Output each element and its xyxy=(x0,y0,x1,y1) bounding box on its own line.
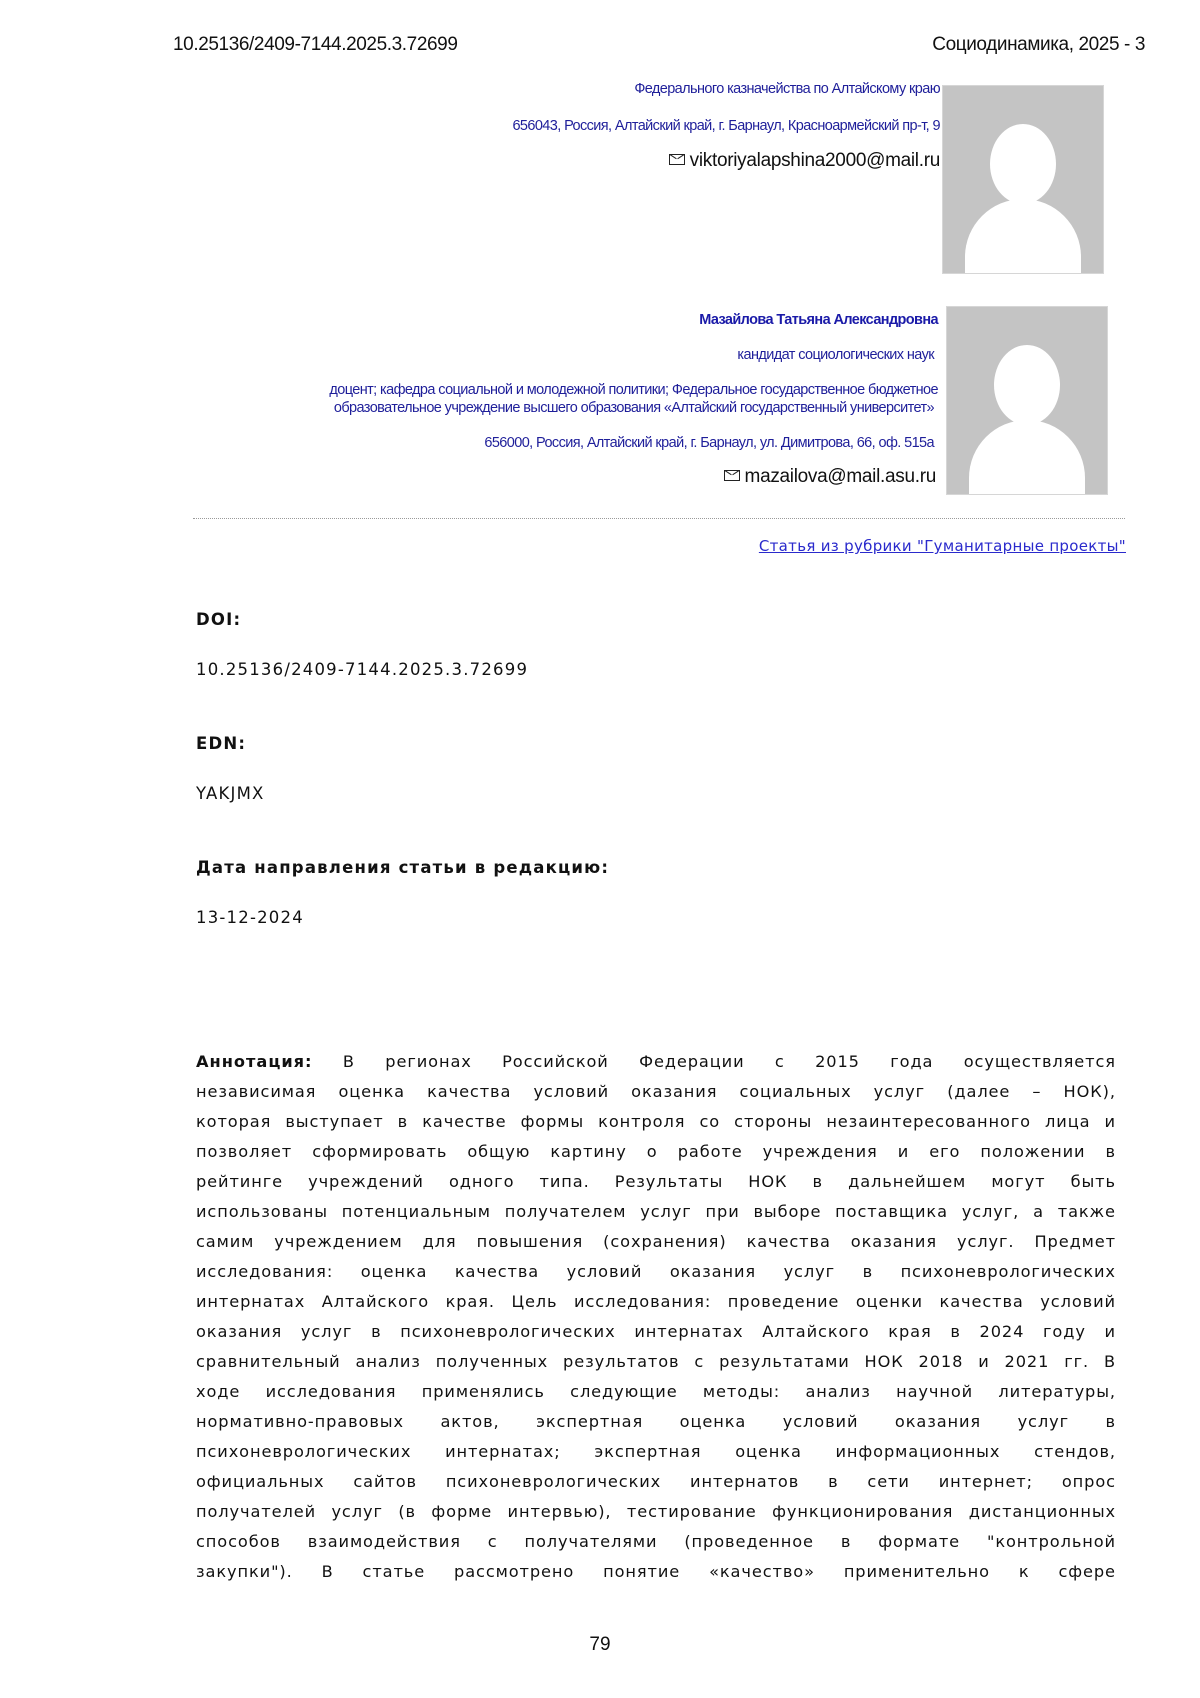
person-placeholder-icon xyxy=(990,124,1056,204)
header-journal-issue: Социодинамика, 2025 - 3 xyxy=(932,34,1145,56)
author-2-email[interactable]: mazailova@mail.asu.ru xyxy=(745,466,936,487)
author-1-affiliation: Федерального казначейства по Алтайскому … xyxy=(512,80,940,98)
author-2-name: Мазайлова Татьяна Александровна xyxy=(329,311,938,329)
author-1-avatar xyxy=(943,86,1103,273)
author-1-address: 656043, Россия, Алтайский край, г. Барна… xyxy=(512,117,940,135)
mail-icon xyxy=(669,154,685,165)
abstract-line: интернатахАлтайскогокрая.Цельисследовани… xyxy=(196,1287,1116,1317)
abstract-line: ходеисследованияприменялисьследующиемето… xyxy=(196,1377,1116,1407)
abstract-label: Аннотация: xyxy=(196,1047,313,1077)
header-doi: 10.25136/2409-7144.2025.3.72699 xyxy=(173,34,458,56)
author-2-degree: кандидат социологических наук xyxy=(329,346,938,364)
submitted-date-value: 13-12-2024 xyxy=(196,908,304,927)
doi-label: DOI: xyxy=(196,610,241,629)
page-number: 79 xyxy=(0,1634,1200,1656)
abstract-line: нормативно-правовыхактов,экспертнаяоценк… xyxy=(196,1407,1116,1437)
abstract-line: закупки").Встатьерассмотренопонятие«каче… xyxy=(196,1557,1116,1587)
edn-label: EDN: xyxy=(196,734,246,753)
abstract-line: рейтингеучрежденийодноготипа.РезультатыН… xyxy=(196,1167,1116,1197)
abstract-line: сравнительныйанализполученныхрезультатов… xyxy=(196,1347,1116,1377)
abstract-line: психоневрологическихинтернатах;экспертна… xyxy=(196,1437,1116,1467)
author-2-block: Мазайлова Татьяна Александровна кандидат… xyxy=(329,311,938,488)
doi-value[interactable]: 10.25136/2409-7144.2025.3.72699 xyxy=(196,660,528,679)
abstract-line: использованыпотенциальнымполучателемуслу… xyxy=(196,1197,1116,1227)
person-placeholder-body xyxy=(969,420,1085,494)
abstract-line: оказанияуслугвпсихоневрологическихинтерн… xyxy=(196,1317,1116,1347)
rubric-link[interactable]: Статья из рубрики "Гуманитарные проекты" xyxy=(759,537,1126,555)
person-placeholder-body xyxy=(965,199,1081,273)
section-divider xyxy=(193,518,1125,519)
author-1-email-row: viktoriyalapshina2000@mail.ru xyxy=(512,150,940,172)
abstract-line: официальныхсайтовпсихоневрологическихинт… xyxy=(196,1467,1116,1497)
edn-value: YAKJMX xyxy=(196,784,265,803)
abstract-line: исследования:оценкакачестваусловийоказан… xyxy=(196,1257,1116,1287)
abstract: Аннотация:ВрегионахРоссийскойФедерациис2… xyxy=(196,1047,1116,1587)
author-2-email-row: mazailova@mail.asu.ru xyxy=(329,466,938,488)
mail-icon xyxy=(724,470,740,481)
abstract-line: способоввзаимодействиясполучателями(пров… xyxy=(196,1527,1116,1557)
running-header: 10.25136/2409-7144.2025.3.72699 Социодин… xyxy=(173,34,1145,62)
abstract-line: позволяетсформироватьобщуюкартинуоработе… xyxy=(196,1137,1116,1167)
author-2-position-line2: образовательное учреждение высшего образ… xyxy=(329,399,938,417)
abstract-line: независимаяоценкакачестваусловийоказания… xyxy=(196,1077,1116,1107)
author-2-position-line1: доцент; кафедра социальной и молодежной … xyxy=(329,381,938,399)
person-placeholder-icon xyxy=(994,345,1060,425)
abstract-line: самимучреждениемдляповышения(сохранения)… xyxy=(196,1227,1116,1257)
author-2-avatar xyxy=(947,307,1107,494)
abstract-line: котораявыступаетвкачествеформыконтролясо… xyxy=(196,1107,1116,1137)
abstract-line: Аннотация:ВрегионахРоссийскойФедерациис2… xyxy=(196,1047,1116,1077)
author-1-email[interactable]: viktoriyalapshina2000@mail.ru xyxy=(690,150,940,171)
author-1-block: Федерального казначейства по Алтайскому … xyxy=(512,80,940,172)
submitted-date-label: Дата направления статьи в редакцию: xyxy=(196,858,609,877)
author-2-address: 656000, Россия, Алтайский край, г. Барна… xyxy=(329,434,938,452)
abstract-line: получателейуслуг(вформеинтервью),тестиро… xyxy=(196,1497,1116,1527)
